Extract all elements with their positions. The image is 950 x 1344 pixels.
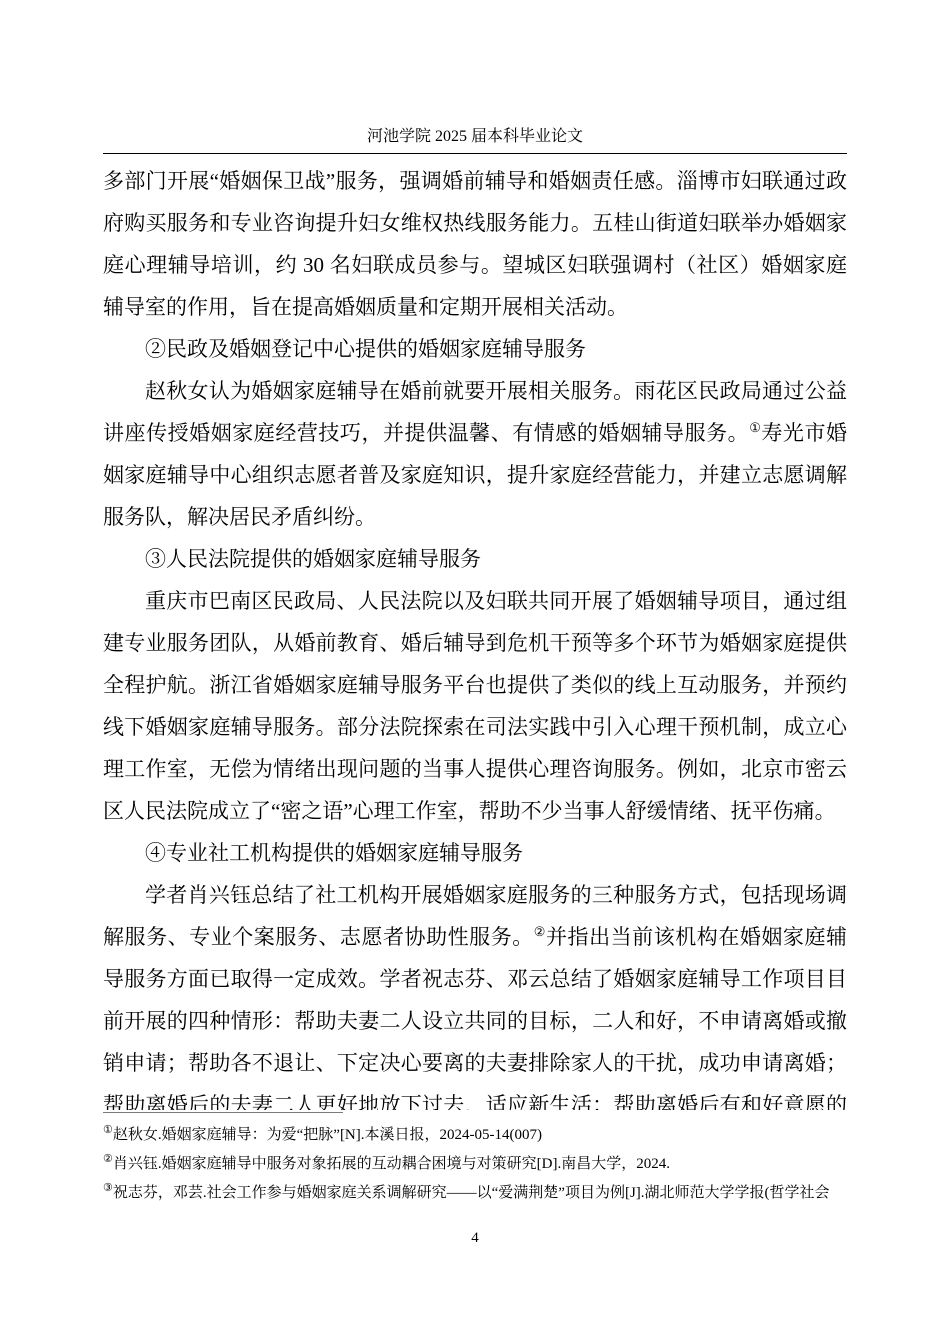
footnote-marker: ② [103, 1153, 113, 1165]
page-number: 4 [0, 1230, 950, 1247]
footnote-item: ③祝志芬，邓芸.社会工作参与婚姻家庭关系调解研究——以“爱满荆楚”项目为例[J]… [103, 1179, 847, 1208]
paragraph-text: 重庆市巴南区民政局、人民法院以及妇联共同开展了婚姻辅导项目，通过组建专业服务团队… [103, 589, 847, 823]
footnote-item: ②肖兴钰.婚姻家庭辅导中服务对象拓展的互动耦合困境与对策研究[D].南昌大学，2… [103, 1150, 847, 1179]
footnote-ref-2: ② [534, 924, 546, 939]
paragraph-civil-affairs: 赵秋女认为婚姻家庭辅导在婚前就要开展相关服务。雨花区民政局通过公益讲座传授婚姻家… [103, 370, 847, 538]
subheading-text: ③人民法院提供的婚姻家庭辅导服务 [145, 547, 481, 571]
paragraph-text: 并指出当前该机构在婚姻家庭辅导服务方面已取得一定成效。学者祝志芬、邓云总结了婚姻… [103, 925, 847, 1110]
subheading-text: ④专业社工机构提供的婚姻家庭辅导服务 [145, 841, 523, 865]
footnote-marker: ③ [103, 1182, 113, 1194]
paragraph-text: 多部门开展“婚姻保卫战”服务，强调婚前辅导和婚姻责任感。淄博市妇联通过政府购买服… [103, 169, 847, 319]
paragraph-social-work: 学者肖兴钰总结了社工机构开展婚姻家庭服务的三种服务方式，包括现场调解服务、专业个… [103, 874, 847, 1110]
document-body: 多部门开展“婚姻保卫战”服务，强调婚前辅导和婚姻责任感。淄博市妇联通过政府购买服… [103, 160, 847, 1110]
subheading-court: ③人民法院提供的婚姻家庭辅导服务 [103, 538, 847, 580]
footnotes-section: ①赵秋女.婚姻家庭辅导：为爱“把脉”[N].本溪日报，2024-05-14(00… [103, 1112, 847, 1208]
footnote-marker: ① [103, 1124, 113, 1136]
footnote-item: ①赵秋女.婚姻家庭辅导：为爱“把脉”[N].本溪日报，2024-05-14(00… [103, 1121, 847, 1150]
footnote-text: 祝志芬，邓芸.社会工作参与婚姻家庭关系调解研究——以“爱满荆楚”项目为例[J].… [113, 1185, 830, 1201]
page-header: 河池学院 2025 届本科毕业论文 [103, 126, 847, 154]
subheading-civil-affairs: ②民政及婚姻登记中心提供的婚姻家庭辅导服务 [103, 328, 847, 370]
footnote-text: 赵秋女.婚姻家庭辅导：为爱“把脉”[N].本溪日报，2024-05-14(007… [113, 1127, 542, 1143]
paragraph-court: 重庆市巴南区民政局、人民法院以及妇联共同开展了婚姻辅导项目，通过组建专业服务团队… [103, 580, 847, 832]
footnote-ref-1: ① [749, 420, 761, 435]
subheading-social-work: ④专业社工机构提供的婚姻家庭辅导服务 [103, 832, 847, 874]
header-title: 河池学院 2025 届本科毕业论文 [367, 128, 583, 145]
subheading-text: ②民政及婚姻登记中心提供的婚姻家庭辅导服务 [145, 337, 586, 361]
footnote-text: 肖兴钰.婚姻家庭辅导中服务对象拓展的互动耦合困境与对策研究[D].南昌大学，20… [113, 1156, 670, 1172]
document-page: 河池学院 2025 届本科毕业论文 多部门开展“婚姻保卫战”服务，强调婚前辅导和… [0, 0, 950, 1344]
paragraph-text: 赵秋女认为婚姻家庭辅导在婚前就要开展相关服务。雨花区民政局通过公益讲座传授婚姻家… [103, 379, 847, 445]
footnote-separator [103, 1112, 343, 1113]
paragraph-continuation: 多部门开展“婚姻保卫战”服务，强调婚前辅导和婚姻责任感。淄博市妇联通过政府购买服… [103, 160, 847, 328]
page-number-value: 4 [471, 1230, 479, 1246]
